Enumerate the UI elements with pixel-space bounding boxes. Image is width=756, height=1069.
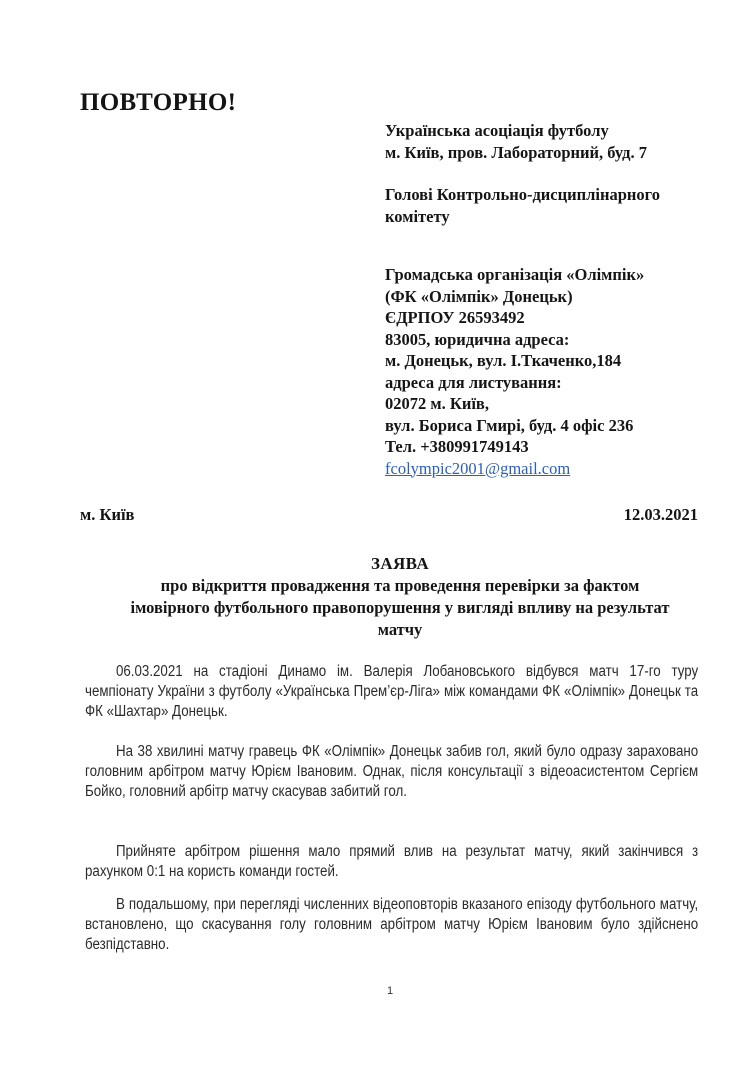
sender-legal-address: м. Донецьк, вул. І.Ткаченко,184 xyxy=(385,350,715,372)
paragraph-text: 06.03.2021 на стадіоні Динамо ім. Валері… xyxy=(85,662,698,722)
repeat-mark-heading: ПОВТОРНО! xyxy=(80,89,236,117)
paragraph-text: В подальшому, при перегляді численних ві… xyxy=(85,895,698,955)
recipient-block: Українська асоціація футболу м. Київ, пр… xyxy=(385,120,715,163)
body-paragraph-2: На 38 хвилині матчу гравець ФК «Олімпік»… xyxy=(85,742,612,802)
addressee-line: Голові Контрольно-дисциплінарного xyxy=(385,184,715,206)
page-number: 1 xyxy=(387,985,393,997)
sender-mailing-street: вул. Бориса Гмирі, буд. 4 офіс 236 xyxy=(385,415,715,437)
sender-phone: Тел. +380991749143 xyxy=(385,436,715,458)
body-paragraph-4: В подальшому, при перегляді численних ві… xyxy=(85,895,612,955)
recipient-organization: Українська асоціація футболу xyxy=(385,120,715,142)
addressee-block: Голові Контрольно-дисциплінарного коміте… xyxy=(385,184,715,227)
paragraph-text: На 38 хвилині матчу гравець ФК «Олімпік»… xyxy=(85,742,698,802)
place-label: м. Київ xyxy=(80,505,134,525)
document-title-block: ЗАЯВА про відкриття провадження та прове… xyxy=(80,553,720,641)
paragraph-text: Прийняте арбітром рішення мало прямий вл… xyxy=(85,842,698,882)
sender-organization: Громадська організація «Олімпік» xyxy=(385,264,715,286)
document-subtitle-line: імовірного футбольного правопорушення у … xyxy=(80,597,720,619)
sender-legal-address-label: 83005, юридична адреса: xyxy=(385,329,715,351)
document-subtitle-line: матчу xyxy=(80,619,720,641)
sender-email-link[interactable]: fcolympic2001@gmail.com xyxy=(385,458,715,480)
recipient-address: м. Київ, пров. Лабораторний, буд. 7 xyxy=(385,142,715,164)
sender-edrpou: ЄДРПОУ 26593492 xyxy=(385,307,715,329)
body-paragraph-3: Прийняте арбітром рішення мало прямий вл… xyxy=(85,842,612,882)
document-page: ПОВТОРНО! Українська асоціація футболу м… xyxy=(0,0,756,1069)
place-date-row: м. Київ 12.03.2021 xyxy=(80,505,698,525)
sender-mailing-address-label: адреса для листування: xyxy=(385,372,715,394)
sender-block: Громадська організація «Олімпік» (ФК «Ол… xyxy=(385,264,715,479)
body-paragraph-1: 06.03.2021 на стадіоні Динамо ім. Валері… xyxy=(85,662,612,722)
sender-mailing-city: 02072 м. Київ, xyxy=(385,393,715,415)
document-subtitle-line: про відкриття провадження та проведення … xyxy=(80,575,720,597)
addressee-line: комітету xyxy=(385,206,715,228)
date-label: 12.03.2021 xyxy=(624,505,698,525)
document-title: ЗАЯВА xyxy=(80,553,720,575)
sender-club: (ФК «Олімпік» Донецьк) xyxy=(385,286,715,308)
